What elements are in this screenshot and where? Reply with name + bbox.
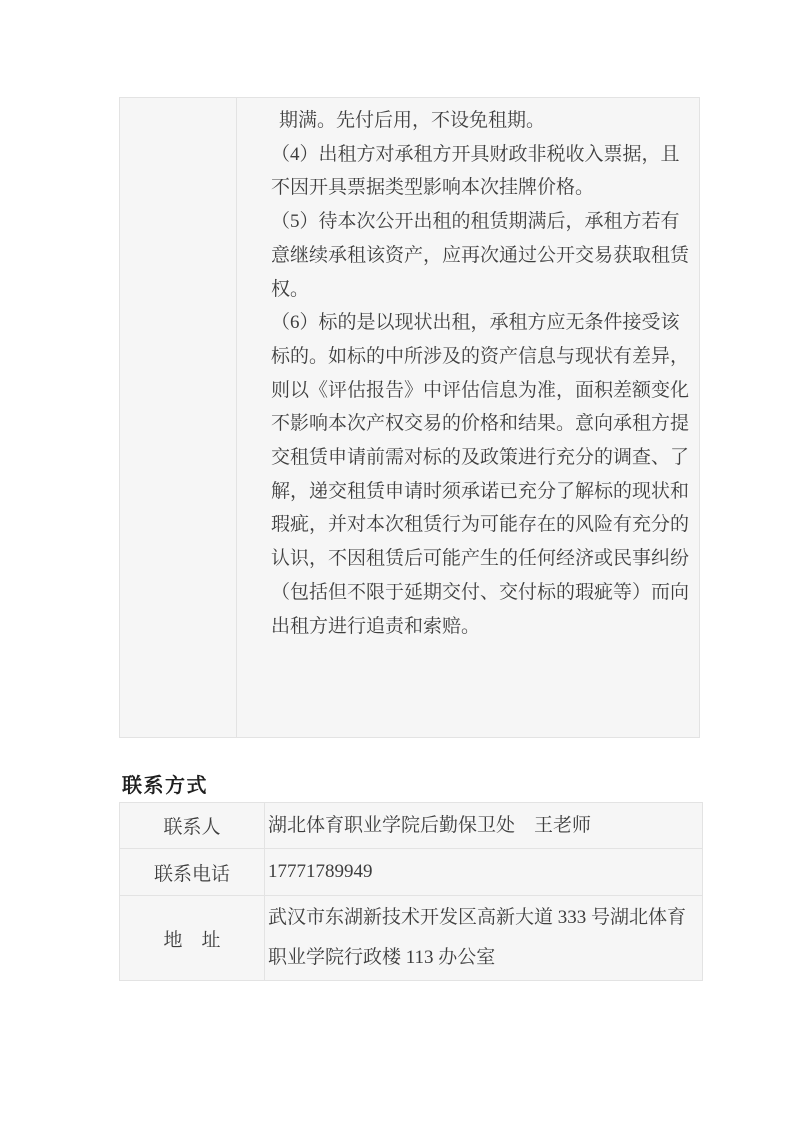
terms-line: （包括但不限于延期交付、交付标的瑕疵等）而向 bbox=[271, 576, 689, 610]
terms-content-cell: 期满。先付后用，不设免租期。 （4）出租方对承租方开具财政非税收入票据，且 不因… bbox=[237, 98, 699, 737]
contact-row-phone: 联系电话 17771789949 bbox=[120, 848, 702, 895]
terms-line: 权。 bbox=[271, 273, 689, 307]
terms-line: 认识，不因租赁后可能产生的任何经济或民事纠纷 bbox=[271, 542, 689, 576]
contact-phone-value: 17771789949 bbox=[265, 849, 702, 895]
contact-phone-label: 联系电话 bbox=[120, 849, 265, 895]
terms-line: （5）待本次公开出租的租赁期满后，承租方若有 bbox=[271, 205, 689, 239]
terms-line: 则以《评估报告》中评估信息为准，面积差额变化 bbox=[271, 374, 689, 408]
terms-line: 解，递交租赁申请时须承诺已充分了解标的现状和 bbox=[271, 475, 689, 509]
terms-label-cell-empty bbox=[120, 98, 237, 737]
terms-line: 标的。如标的中所涉及的资产信息与现状有差异， bbox=[271, 340, 689, 374]
terms-line: 交租赁申请前需对标的及政策进行充分的调查、了 bbox=[271, 441, 689, 475]
contact-row-address: 地 址 武汉市东湖新技术开发区高新大道 333 号湖北体育职业学院行政楼 113… bbox=[120, 895, 702, 980]
terms-line: 意继续承租该资产，应再次通过公开交易获取租赁 bbox=[271, 239, 689, 273]
terms-line: 期满。先付后用，不设免租期。 bbox=[271, 104, 689, 138]
terms-line: 出租方进行追责和索赔。 bbox=[271, 610, 689, 644]
terms-line: 不因开具票据类型影响本次挂牌价格。 bbox=[271, 171, 689, 205]
contact-section-heading: 联系方式 bbox=[122, 769, 208, 798]
terms-line: 不影响本次产权交易的价格和结果。意向承租方提 bbox=[271, 407, 689, 441]
contact-row-person: 联系人 湖北体育职业学院后勤保卫处 王老师 bbox=[120, 803, 702, 848]
terms-line: （4）出租方对承租方开具财政非税收入票据，且 bbox=[271, 138, 689, 172]
contact-person-label: 联系人 bbox=[120, 803, 265, 848]
terms-table: 期满。先付后用，不设免租期。 （4）出租方对承租方开具财政非税收入票据，且 不因… bbox=[119, 97, 700, 738]
contact-address-label: 地 址 bbox=[120, 896, 265, 980]
contact-person-value: 湖北体育职业学院后勤保卫处 王老师 bbox=[265, 803, 702, 848]
terms-line: （6）标的是以现状出租，承租方应无条件接受该 bbox=[271, 306, 689, 340]
contact-address-value: 武汉市东湖新技术开发区高新大道 333 号湖北体育职业学院行政楼 113 办公室 bbox=[265, 896, 702, 980]
contact-table: 联系人 湖北体育职业学院后勤保卫处 王老师 联系电话 17771789949 地… bbox=[119, 802, 703, 981]
terms-line: 瑕疵，并对本次租赁行为可能存在的风险有充分的 bbox=[271, 508, 689, 542]
